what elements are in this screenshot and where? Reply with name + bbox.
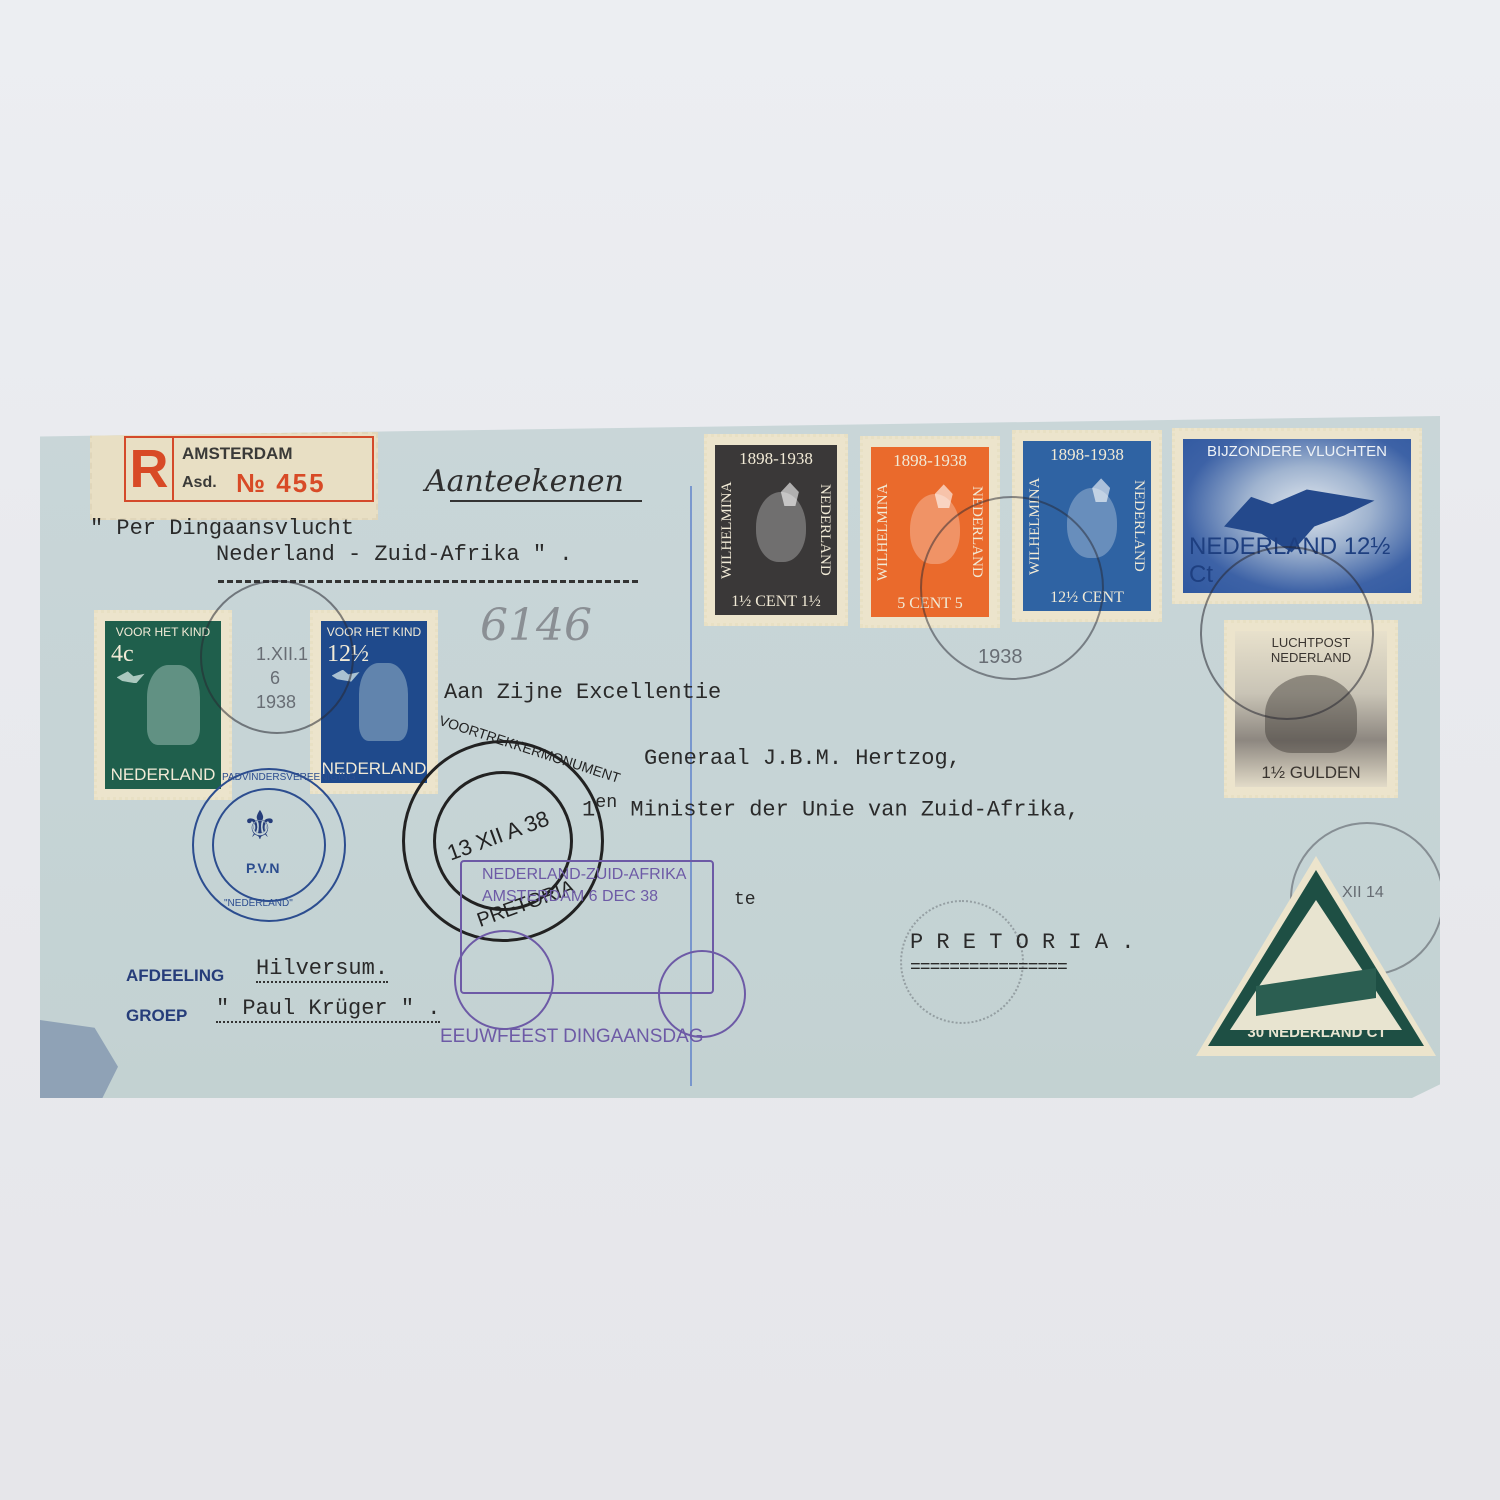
scout-seal: ⚜ P.V.N "NEDERLAND" PADVINDERSVEREENIGIN… [192,768,346,922]
envelope: R AMSTERDAM Asd. № 455 Aanteekenen 6146 … [40,416,1440,1098]
address-city-underline: ================ [910,958,1067,978]
handwritten-underline [450,500,642,502]
afdeeling-label: AFDEELING [126,966,224,986]
stamp-wilhelmina-1-5: 1898-1938 WILHELMINA NEDERLAND 1½ CENT 1… [704,434,848,626]
registration-office: Asd. [182,474,217,492]
cachet-caption: EEUWFEEST DINGAANSDAG [440,1026,704,1048]
postmark-amsterdam-mid: 1938 [920,496,1104,680]
wagon-wheel-right [658,950,746,1038]
routing-line-1: " Per Dingaansvlucht [90,516,354,541]
groep-value: " Paul Krüger " . [216,996,440,1023]
registration-letter: R [126,438,174,500]
cachet-line-2: AMSTERDAM 6 DEC 38 [482,888,658,906]
postmark-amsterdam-right [1200,546,1374,720]
address-to: te [734,890,756,910]
address-line-3: 1en Minister der Unie van Zuid-Afrika, [582,792,1079,822]
fleur-de-lis-icon: ⚜ [242,806,278,846]
postmark-amsterdam-left: 1.XII.1 6 1938 [200,580,354,734]
registration-label: R AMSTERDAM Asd. № 455 [90,432,378,520]
groep-label: GROEP [126,1006,187,1026]
cachet-line-1: NEDERLAND-ZUID-AFRIKA [482,866,686,884]
address-city: P R E T O R I A . [910,930,1134,955]
torn-corner [40,1020,118,1098]
routing-line-2: Nederland - Zuid-Afrika " . [216,542,572,567]
afdeeling-value: Hilversum. [256,956,388,983]
address-line-1: Aan Zijne Excellentie [444,680,721,705]
dingaan-wagon-cachet: NEDERLAND-ZUID-AFRIKA AMSTERDAM 6 DEC 38… [460,830,780,1050]
registration-city: AMSTERDAM [182,444,293,464]
address-line-2: Generaal J.B.M. Hertzog, [644,746,961,771]
pencil-number: 6146 [480,600,592,651]
wagon-wheel-left [454,930,554,1030]
handwritten-aanteekenen: Aanteekenen [425,464,624,499]
registration-number: № 455 [236,468,326,499]
